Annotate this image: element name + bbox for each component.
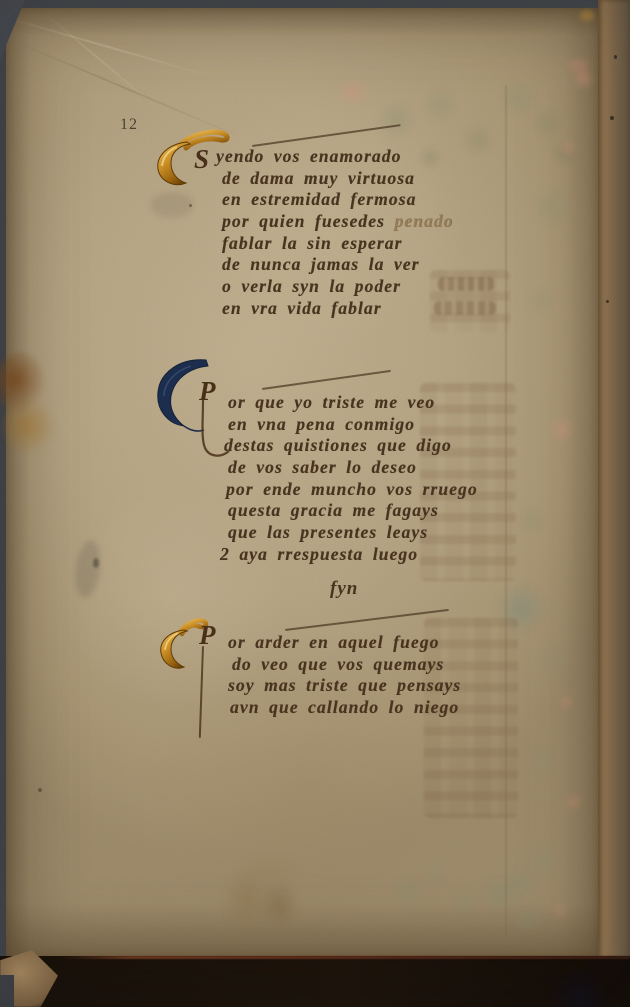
book-fore-edge [598,0,630,958]
worn-corner-slate [0,975,14,1007]
edge-speck [614,55,617,59]
parchment-grain [6,8,598,958]
edge-speck [606,300,609,303]
binding-shadow [0,956,630,1007]
edge-speck [610,116,614,120]
page-bottom-edge [60,956,630,959]
manuscript-photo: 12 S yendo vos enamorado de dama muy vir… [0,0,630,1007]
